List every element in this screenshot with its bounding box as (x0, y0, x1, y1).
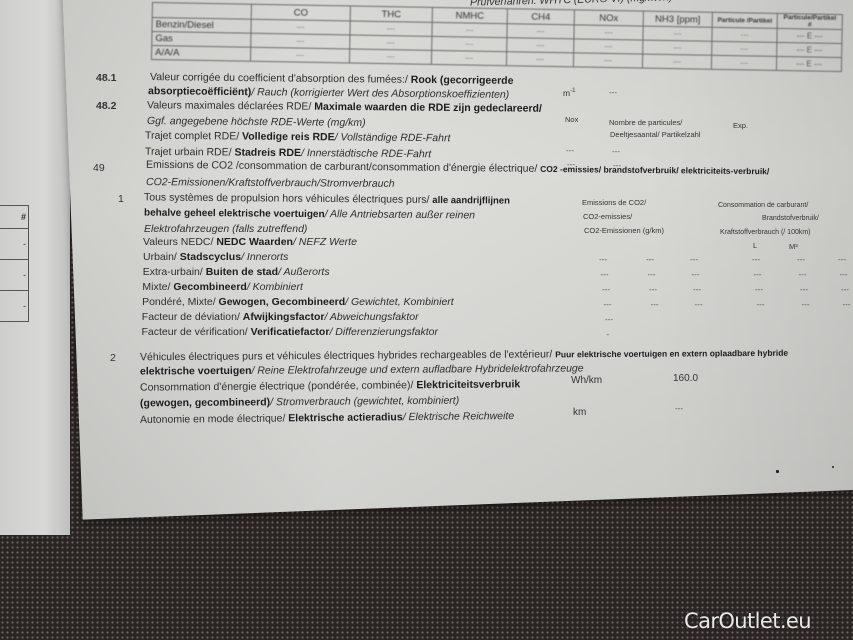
col-fuel-nl: Brandstofverbruik/ (762, 215, 819, 222)
text-de: / NEFZ Werte (293, 236, 357, 248)
left-fragment-header: # (0, 206, 28, 228)
left-fragment-cell: - (0, 290, 28, 321)
subsection-2-line-2: elektrische voertuigen/ Reine Elektrofah… (140, 362, 584, 377)
text-de: / Gewichtet, Kombiniert (345, 296, 454, 308)
column-header: Particule /Partikel (712, 12, 777, 28)
nedc-value: --- (840, 270, 848, 279)
emissions-table: CO THC NMHC CH4 NOx NH3 [ppm] Particule … (151, 2, 843, 72)
table-cell: --- (432, 36, 507, 51)
nedc-value: - (607, 330, 610, 339)
text-nl: Gewogen, Gecombineerd (219, 296, 346, 308)
column-header: Particule/Partikel # (777, 13, 842, 29)
table-cell: --- (712, 41, 777, 56)
table-cell: --- (431, 50, 506, 65)
registration-document: Prüfverfahren: WHTC (EURO VI) (mg/kWh) C… (0, 0, 853, 640)
nedc-value: --- (799, 270, 807, 279)
text-fr: Consommation d'énergie électrique (pondé… (140, 379, 416, 393)
col-co2-de: CO2-Emissionen (g/km) (584, 226, 664, 235)
subsection-1-line-3: Elektrofahrzeugen (falls zutreffend) (144, 223, 307, 235)
text-fr: Trajet urbain RDE/ (145, 146, 235, 159)
range-unit: km (573, 407, 586, 418)
watermark-logo: CarOutlet.eu (684, 609, 811, 633)
table-cell: --- (507, 38, 574, 53)
section-number-49: 49 (93, 162, 105, 174)
table-cell: --- (506, 52, 573, 67)
nedc-value: --- (843, 300, 851, 309)
table-cell: --- (573, 53, 642, 68)
nedc-row: Facteur de vérification/ Verificatiefact… (142, 326, 439, 338)
subsection-1-line-2: behalve geheel elektrische voertuigen/ A… (144, 207, 475, 222)
text-nl: Elektriciteitsverbruik (416, 378, 520, 391)
table-cell: --- (643, 26, 712, 41)
text-de: / Kombiniert (247, 281, 303, 293)
table-header-empty (152, 3, 251, 20)
table-cell: --- E --- (777, 28, 842, 43)
text-fr: Urbain/ (143, 251, 180, 263)
nedc-value: --- (690, 255, 698, 264)
col-particles-2: Deeltjesaantal/ Partikelzahl (610, 130, 700, 139)
nedc-values-heading: Valeurs NEDC/ NEDC Waarden/ NEFZ Werte (143, 236, 357, 248)
nedc-value: --- (838, 255, 846, 264)
value-48-1: --- (609, 88, 617, 97)
col-particles: Nombre de particules/ (609, 118, 682, 127)
subsection-2-line-1: Véhicules électriques purs et véhicules … (140, 347, 788, 364)
left-fragment-cell: - (0, 259, 28, 290)
text-nl: Elektrische actieradius (288, 411, 403, 424)
text-de: / Vollständige RDE-Fahrt (335, 131, 451, 144)
text-fr: Facteur de déviation/ (142, 311, 243, 323)
text-de: / Innerstädtische RDE-Fahrt (301, 147, 431, 160)
text-fr: Autonomie en mode électrique/ (140, 412, 288, 426)
column-header: CO (251, 4, 350, 21)
section-48-1-line-2: absorptiecoëfficiënt)/ Rauch (korrigiert… (148, 85, 509, 101)
text-nl: Volledige reis RDE (242, 131, 335, 144)
paper-speck (832, 466, 834, 468)
text-nl: Stadscyclus (180, 251, 241, 263)
left-page-table-fragment: # - - - (0, 205, 29, 322)
nedc-value: --- (797, 255, 805, 264)
table-cell: --- (574, 39, 643, 54)
col-exp: Exp. (733, 121, 748, 130)
subsection-number-2: 2 (110, 352, 116, 364)
text-nl: Gecombineerd (173, 281, 247, 293)
table-cell: --- (507, 24, 574, 39)
table-cell: --- (432, 22, 507, 37)
text-de: / Stromverbrauch (gewichtet, kombiniert) (270, 395, 459, 409)
text-nl: Maximale waarden die RDE zijn gedeclaree… (314, 101, 542, 115)
text-fr: Véhicules électriques purs et véhicules … (140, 348, 555, 363)
col-co2-nl: CO2-emissies/ (583, 212, 632, 221)
nedc-row: Facteur de déviation/ Afwijkingsfactor/ … (142, 311, 419, 323)
left-fragment-cell: - (0, 228, 28, 259)
nedc-value: --- (695, 300, 703, 309)
nedc-row: Extra-urbain/ Buiten de stad/ Außerorts (143, 266, 330, 278)
electric-range-line: Autonomie en mode électrique/ Elektrisch… (140, 410, 514, 426)
unit-m-1: m-1 (563, 88, 575, 98)
text-fr: Mixte/ (142, 281, 173, 293)
column-header: THC (350, 6, 432, 22)
table-cell: --- (642, 54, 711, 69)
text-nl: (gewogen, gecombineerd) (140, 396, 270, 409)
text-de: / Elektrische Reichweite (403, 410, 515, 423)
text-fr: Tous systèmes de propulsion hors véhicul… (144, 191, 432, 206)
nedc-value: --- (646, 255, 654, 264)
text-fr: Valeurs maximales déclarées RDE/ (147, 99, 314, 112)
text-de: / Außerorts (278, 266, 330, 278)
text-nl: Puur elektrische voertuigen en extern op… (555, 348, 788, 360)
subsection-number-1: 1 (118, 193, 124, 205)
row-label: A/A/A (151, 46, 250, 62)
nedc-value: --- (648, 270, 656, 279)
nedc-value: --- (604, 300, 612, 309)
nedc-row: Urbain/ Stadscyclus/ Innerorts (143, 251, 288, 263)
rde-particles-value: --- (612, 147, 620, 156)
column-header: NMHC (432, 7, 507, 23)
nedc-value: --- (651, 300, 659, 309)
nedc-value: --- (800, 285, 808, 294)
text-nl: Verificatiefactor (251, 326, 330, 338)
rde-nox-value: --- (566, 146, 574, 155)
nedc-row: Mixte/ Gecombineerd/ Kombiniert (142, 281, 302, 293)
table-cell: --- (712, 27, 777, 42)
table-cell: --- E --- (777, 42, 842, 57)
col-fuel-fr: Consommation de carburant/ (718, 202, 808, 209)
table-cell: --- (643, 40, 712, 55)
nedc-value: --- (841, 285, 849, 294)
nedc-value: --- (754, 270, 762, 279)
column-header: NH3 [ppm] (643, 11, 712, 27)
nedc-value: --- (755, 285, 763, 294)
text-fr: Valeurs NEDC/ (143, 236, 216, 248)
text-nl: behalve geheel elektrische voertuigen (144, 208, 325, 221)
text-nl: Rook (gecorrigeerde (411, 74, 514, 87)
consumption-unit: Wh/km (571, 375, 602, 386)
table-cell: --- E --- (776, 56, 841, 71)
nedc-value: --- (599, 255, 607, 264)
column-header: NOx (574, 10, 643, 26)
text-de: / Innerorts (241, 251, 288, 263)
text-nl: elektrische voertuigen (140, 365, 252, 378)
section-number-48-2: 48.2 (96, 100, 116, 112)
table-cell: --- (350, 35, 432, 50)
col-co2-fr: Emissions de CO2/ (582, 198, 646, 207)
section-48-2-line-1: Valeurs maximales déclarées RDE/ Maximal… (147, 99, 542, 114)
unit-liter: L (753, 241, 757, 250)
table-cell: --- (711, 55, 776, 70)
col-nox: Nox (565, 115, 578, 124)
text-fr: Facteur de vérification/ (142, 326, 251, 338)
table-cell: --- (250, 47, 349, 63)
table-cell: --- (349, 49, 431, 64)
electric-consumption-line-1: Consommation d'énergie électrique (pondé… (140, 378, 520, 393)
nedc-row: Pondéré, Mixte/ Gewogen, Gecombineerd/ G… (142, 296, 454, 308)
col-fuel-de: Kraftstoffverbrauch (/ 100km) (720, 229, 811, 236)
text-fr: Valeur corrigée du coefficient d'absorpt… (150, 71, 411, 86)
paper-speck (776, 470, 779, 473)
section-48-2-line-2: Ggf. angegebene höchste RDE-Werte (mg/km… (147, 115, 366, 129)
text-nl: Stadreis RDE (234, 147, 301, 160)
column-header: CH4 (507, 9, 574, 25)
text-nl: Buiten de stad (206, 266, 278, 278)
table-cell: --- (350, 21, 432, 36)
text-nl: CO2 -emissies/ brandstofverbruik/ elektr… (540, 164, 769, 176)
nedc-value: --- (692, 270, 700, 279)
text-fr: Extra-urbain/ (143, 266, 206, 278)
text-de: / Abweichungsfaktor (324, 311, 418, 323)
range-value: --- (675, 404, 683, 413)
rde-row-complete: Trajet complet RDE/ Volledige reis RDE/ … (145, 130, 450, 145)
nedc-value: --- (752, 255, 760, 264)
text-fr: Emissions de CO2 /consommation de carbur… (146, 159, 540, 175)
text-nl: alle aandrijflijnen (432, 195, 510, 207)
nedc-value: --- (649, 285, 657, 294)
nedc-value: --- (602, 285, 610, 294)
text-de: / Rauch (korrigierter Wert des Absorptio… (251, 86, 509, 101)
nedc-value: --- (605, 315, 613, 324)
nedc-value: --- (757, 300, 765, 309)
section-number-48-1: 48.1 (96, 72, 116, 84)
text-nl: Afwijkingsfactor (243, 311, 325, 323)
subsection-1-line-1: Tous systèmes de propulsion hors véhicul… (144, 191, 510, 206)
nedc-value: --- (802, 300, 810, 309)
section-49-line-1: Emissions de CO2 /consommation de carbur… (146, 159, 769, 178)
text-de: / Alle Antriebsarten außer reinen (325, 208, 475, 221)
section-49-line-2: CO2-Emissionen/Kraftstoffverbrauch/Strom… (146, 176, 395, 190)
unit-m3: M³ (789, 242, 798, 251)
text-de: / Reine Elektrofahrzeuge und extern aufl… (251, 362, 583, 376)
table-cell: --- (574, 25, 643, 40)
text-de: / Differenzierungsfaktor (329, 326, 438, 338)
text-fr: Pondéré, Mixte/ (142, 296, 218, 308)
text-nl: absorptiecoëfficiënt) (148, 85, 251, 98)
electric-consumption-line-2: (gewogen, gecombineerd)/ Stromverbrauch … (140, 395, 459, 410)
nedc-value: --- (601, 270, 609, 279)
text-fr: Trajet complet RDE/ (145, 130, 242, 143)
section-48-1-line-1: Valeur corrigée du coefficient d'absorpt… (150, 71, 514, 87)
text-nl: NEDC Waarden (216, 236, 293, 248)
rde-row-urban: Trajet urbain RDE/ Stadreis RDE/ Innerst… (145, 146, 431, 160)
consumption-value: 160.0 (673, 373, 698, 384)
nedc-value: --- (693, 285, 701, 294)
